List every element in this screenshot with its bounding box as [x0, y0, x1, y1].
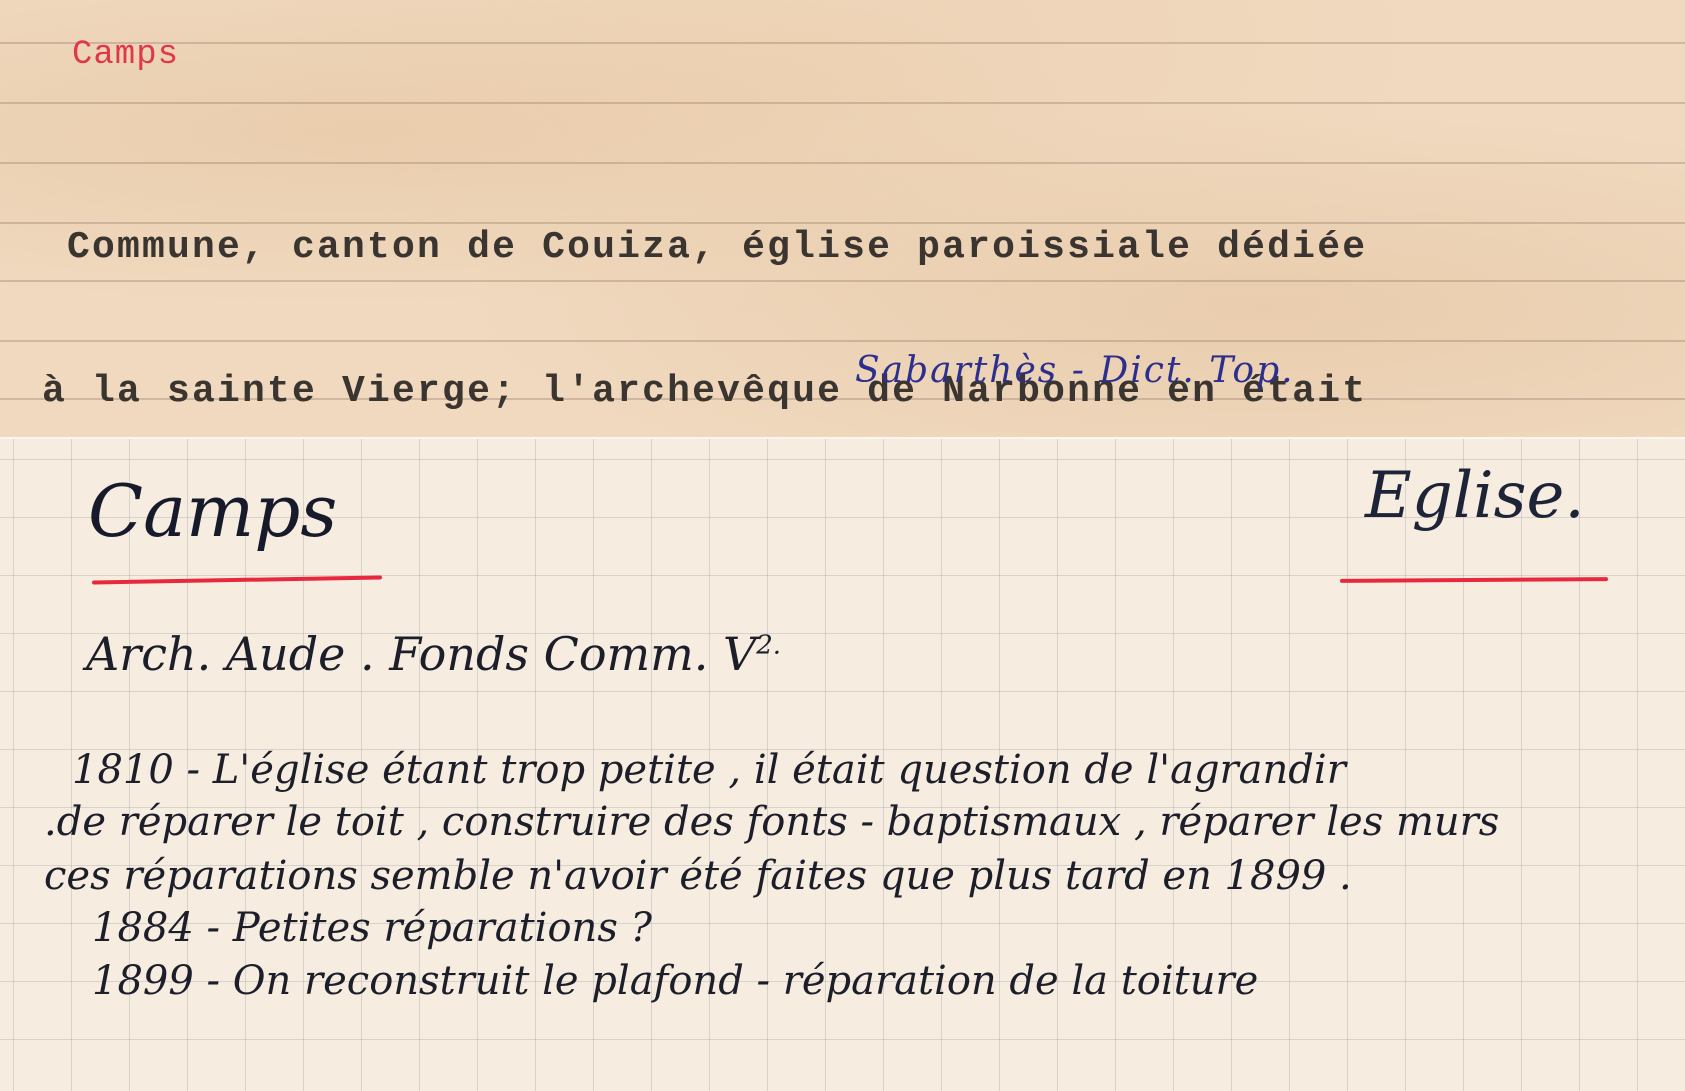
typed-line: à la sainte Vierge; l'archevêque de Narb…	[42, 368, 1662, 416]
red-underline	[92, 575, 382, 584]
place-heading: Camps	[88, 469, 337, 553]
card-title: Camps	[72, 36, 179, 74]
archive-reference-superscript: 2.	[756, 631, 781, 661]
archive-reference-text: Arch. Aude . Fonds Comm. V	[86, 627, 756, 681]
source-citation: Sabarthès - Dict. Top.	[855, 350, 1295, 391]
red-underline	[1340, 577, 1608, 583]
ruled-line	[0, 42, 1685, 44]
archive-reference: Arch. Aude . Fonds Comm. V2.	[86, 627, 781, 681]
ruled-line	[0, 102, 1685, 104]
subject-heading: Eglise.	[1365, 459, 1585, 533]
history-entry: 1884 - Petites réparations ?	[92, 902, 652, 954]
typed-index-card: Camps Commune, canton de Couiza, église …	[0, 0, 1685, 440]
handwritten-index-card: Camps Eglise. Arch. Aude . Fonds Comm. V…	[0, 437, 1685, 1091]
typed-line: Commune, canton de Couiza, église parois…	[42, 224, 1662, 272]
history-entry: 1899 - On reconstruit le plafond - répar…	[92, 955, 1258, 1007]
history-entry: .de réparer le toit , construire des fon…	[44, 796, 1499, 848]
history-entry: ces réparations semble n'avoir été faite…	[44, 850, 1352, 902]
scanned-document: Camps Commune, canton de Couiza, église …	[0, 0, 1685, 1091]
history-entry: 1810 - L'église étant trop petite , il é…	[72, 744, 1346, 796]
